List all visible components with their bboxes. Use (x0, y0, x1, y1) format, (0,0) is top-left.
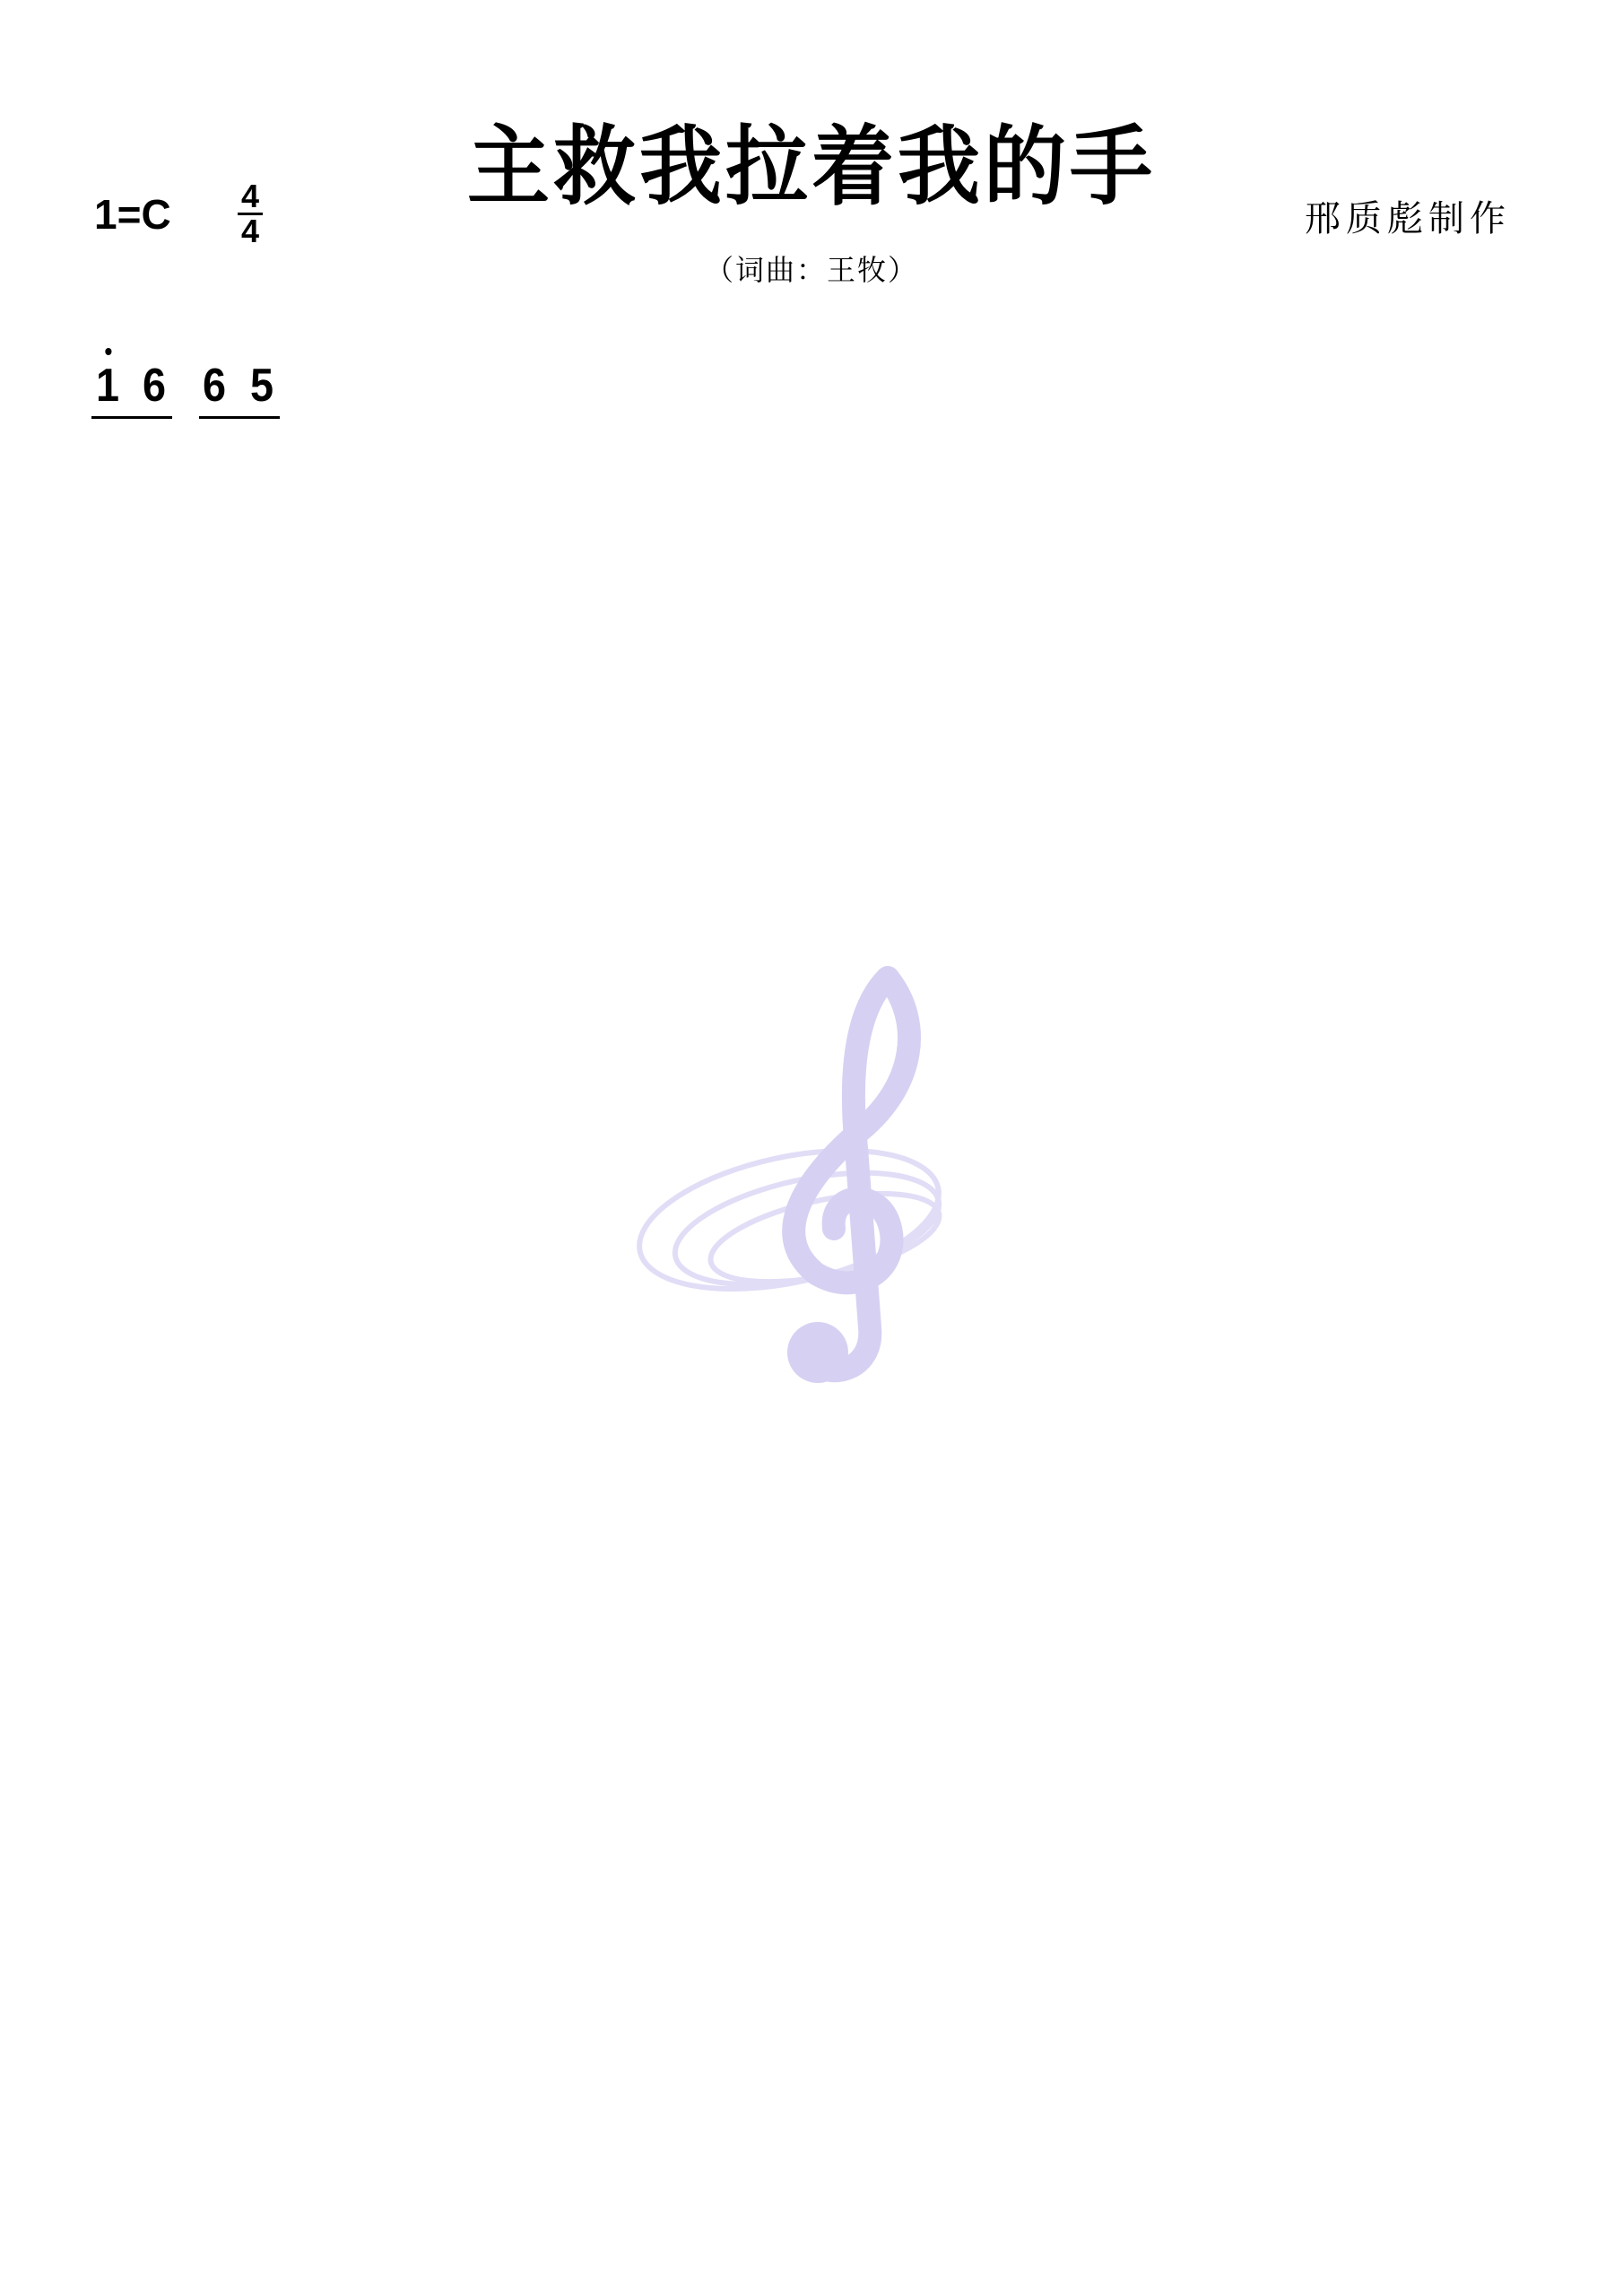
note: 5 (248, 362, 276, 409)
treble-clef-icon (619, 951, 1040, 1399)
beam (91, 416, 172, 419)
note: 1 (94, 362, 122, 409)
lyricist-composer-credit: （词曲：王牧） (0, 248, 1623, 289)
beam (199, 416, 280, 419)
note: 6 (201, 362, 229, 409)
time-sig-top: 4 (241, 181, 259, 212)
key-signature: 1=C 4 4 (94, 190, 171, 239)
time-signature: 4 4 (238, 181, 263, 247)
arranger-credit: 邢质彪制作 (1305, 190, 1511, 241)
key-label: 1=C (94, 191, 171, 238)
note: 6 (141, 362, 169, 409)
time-sig-bottom: 4 (241, 216, 259, 247)
